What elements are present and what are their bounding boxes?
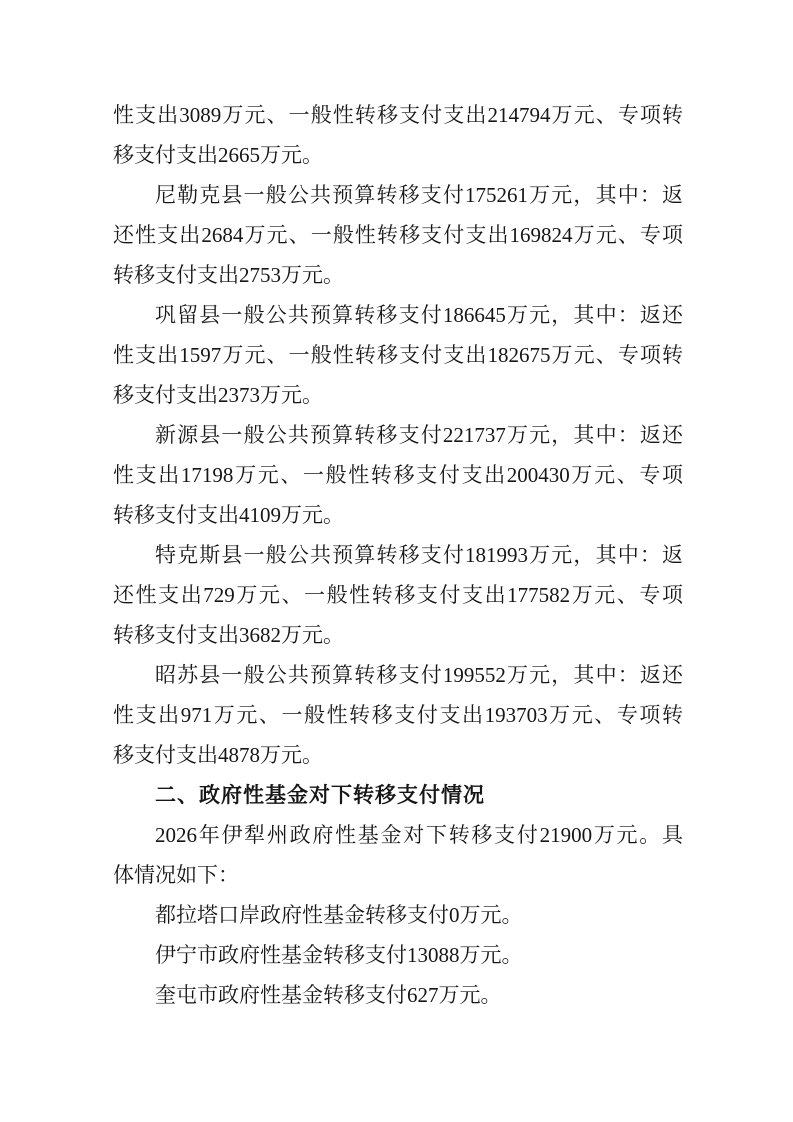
para-gongliu-county: 巩留县一般公共预算转移支付186645万元，其中：返还性支出1597万元、一般性… bbox=[113, 295, 683, 415]
text-line: 还性支出729万元、一般性转移支付支出177582万元、专项 bbox=[113, 575, 683, 615]
text-line: 巩留县一般公共预算转移支付186645万元，其中：返还 bbox=[113, 295, 683, 335]
text-line: 转移支付支出3682万元。 bbox=[113, 615, 683, 655]
text-line: 性支出3089万元、一般性转移支付支出214794万元、专项转 bbox=[113, 95, 683, 135]
text-line: 移支付支出4878万元。 bbox=[113, 735, 683, 775]
document-page: 性支出3089万元、一般性转移支付支出214794万元、专项转移支付支出2665… bbox=[0, 0, 793, 1122]
text-line: 性支出17198万元、一般性转移支付支出200430万元、专项 bbox=[113, 455, 683, 495]
text-line: 尼勒克县一般公共预算转移支付175261万元，其中：返 bbox=[113, 175, 683, 215]
text-line: 转移支付支出2753万元。 bbox=[113, 255, 683, 295]
para-yining-city: 伊宁市政府性基金转移支付13088万元。 bbox=[113, 935, 683, 975]
text-line: 移支付支出2665万元。 bbox=[113, 135, 683, 175]
para-kuitun-city: 奎屯市政府性基金转移支付627万元。 bbox=[113, 975, 683, 1015]
para-xinyuan-county: 新源县一般公共预算转移支付221737万元，其中：返还性支出17198万元、一般… bbox=[113, 415, 683, 535]
para-nileke-county: 尼勒克县一般公共预算转移支付175261万元，其中：返还性支出2684万元、一般… bbox=[113, 175, 683, 295]
para-dulata-port: 都拉塔口岸政府性基金转移支付0万元。 bbox=[113, 895, 683, 935]
heading-section-two-government-funds: 二、政府性基金对下转移支付情况 bbox=[113, 775, 683, 815]
text-line: 奎屯市政府性基金转移支付627万元。 bbox=[113, 975, 683, 1015]
text-line: 新源县一般公共预算转移支付221737万元，其中：返还 bbox=[113, 415, 683, 455]
text-line: 性支出971万元、一般性转移支付支出193703万元、专项转 bbox=[113, 695, 683, 735]
text-line: 昭苏县一般公共预算转移支付199552万元，其中：返还 bbox=[113, 655, 683, 695]
text-line: 二、政府性基金对下转移支付情况 bbox=[113, 775, 683, 815]
text-line: 2026年伊犁州政府性基金对下转移支付21900万元。具 bbox=[113, 815, 683, 855]
para-tekesi-county: 特克斯县一般公共预算转移支付181993万元，其中：返还性支出729万元、一般性… bbox=[113, 535, 683, 655]
text-line: 移支付支出2373万元。 bbox=[113, 375, 683, 415]
text-line: 特克斯县一般公共预算转移支付181993万元，其中：返 bbox=[113, 535, 683, 575]
text-line: 还性支出2684万元、一般性转移支付支出169824万元、专项 bbox=[113, 215, 683, 255]
para-government-funds-total: 2026年伊犁州政府性基金对下转移支付21900万元。具体情况如下： bbox=[113, 815, 683, 895]
text-line: 体情况如下： bbox=[113, 855, 683, 895]
text-line: 性支出1597万元、一般性转移支付支出182675万元、专项转 bbox=[113, 335, 683, 375]
document-content: 性支出3089万元、一般性转移支付支出214794万元、专项转移支付支出2665… bbox=[113, 95, 683, 1015]
para-zhaosu-county: 昭苏县一般公共预算转移支付199552万元，其中：返还性支出971万元、一般性转… bbox=[113, 655, 683, 775]
para-general-budget-continuation: 性支出3089万元、一般性转移支付支出214794万元、专项转移支付支出2665… bbox=[113, 95, 683, 175]
text-line: 伊宁市政府性基金转移支付13088万元。 bbox=[113, 935, 683, 975]
text-line: 都拉塔口岸政府性基金转移支付0万元。 bbox=[113, 895, 683, 935]
text-line: 转移支付支出4109万元。 bbox=[113, 495, 683, 535]
